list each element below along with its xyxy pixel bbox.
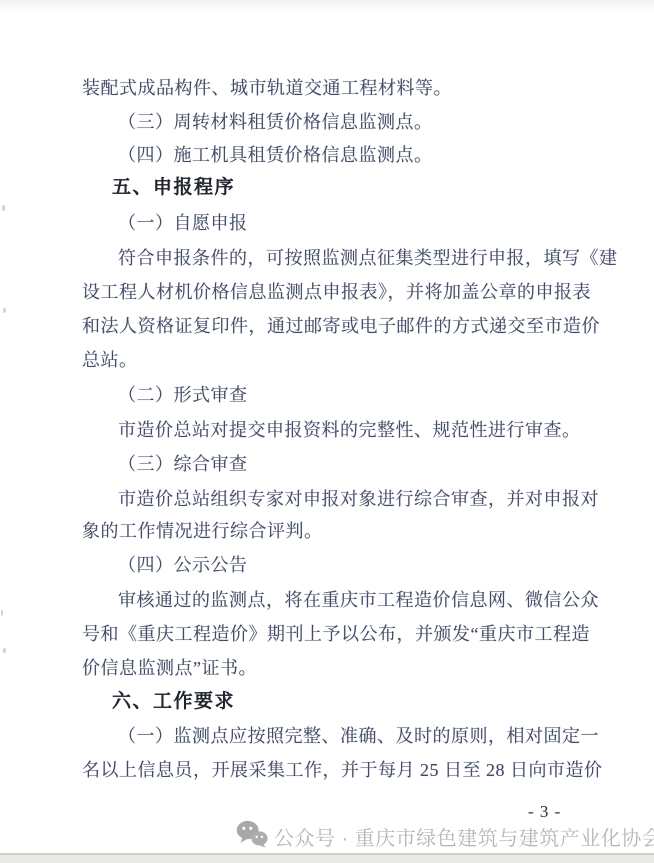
scan-artifact: [2, 205, 5, 211]
text-line: （一）监测点应按照完整、准确、及时的原则，相对固定一: [118, 724, 599, 748]
scan-top-shade: [0, 0, 654, 14]
scan-bottom-edge: [0, 853, 654, 863]
page-number: - 3 -: [528, 802, 561, 822]
text-line: （一）自愿申报: [118, 211, 248, 235]
text-line: 市造价总站对提交申报资料的完整性、规范性进行审查。: [118, 418, 581, 442]
scanned-document-page: 装配式成品构件、城市轨道交通工程材料等。 （三）周转材料租赁价格信息监测点。 （…: [0, 0, 654, 863]
wechat-icon: [236, 820, 268, 853]
section-heading-5: 五、申报程序: [112, 176, 235, 200]
text-line: 设工程人材机价格信息监测点申报表》，并将加盖公章的申报表: [82, 280, 591, 304]
text-line: 象的工作情况进行综合评判。: [82, 519, 323, 543]
scan-artifact: [3, 648, 6, 653]
text-line: （四）施工机具租赁价格信息监测点。: [118, 143, 433, 167]
scan-artifact: [3, 308, 6, 313]
text-line: 总站。: [82, 348, 138, 372]
text-line: （三）周转材料租赁价格信息监测点。: [118, 110, 433, 134]
footer-watermark: 公众号 · 重庆市绿色建筑与建筑产业化协会: [236, 820, 654, 853]
scan-artifact: [1, 610, 3, 616]
text-line: 市造价总站组织专家对申报对象进行综合审查，并对申报对: [118, 487, 599, 511]
text-line: 审核通过的监测点，将在重庆市工程造价信息网、微信公众: [118, 588, 599, 612]
text-line: 号和《重庆工程造价》期刊上予以公布，并颁发“重庆市工程造: [82, 622, 590, 646]
text-line: 符合申报条件的，可按照监测点征集类型进行申报，填写《建: [118, 246, 618, 270]
text-line: 和法人资格证复印件，通过邮寄或电子邮件的方式递交至市造价: [82, 314, 600, 338]
text-line: （二）形式审查: [118, 383, 248, 407]
watermark-text: 公众号 · 重庆市绿色建筑与建筑产业化协会: [274, 822, 654, 851]
text-line: 价信息监测点”证书。: [82, 656, 257, 680]
text-line: 名以上信息员，开展采集工作，并于每月 25 日至 28 日向市造价: [82, 758, 603, 782]
section-heading-6: 六、工作要求: [112, 690, 235, 714]
text-line: 装配式成品构件、城市轨道交通工程材料等。: [82, 76, 452, 100]
text-line: （三）综合审查: [118, 452, 248, 476]
text-line: （四）公示公告: [118, 553, 248, 577]
